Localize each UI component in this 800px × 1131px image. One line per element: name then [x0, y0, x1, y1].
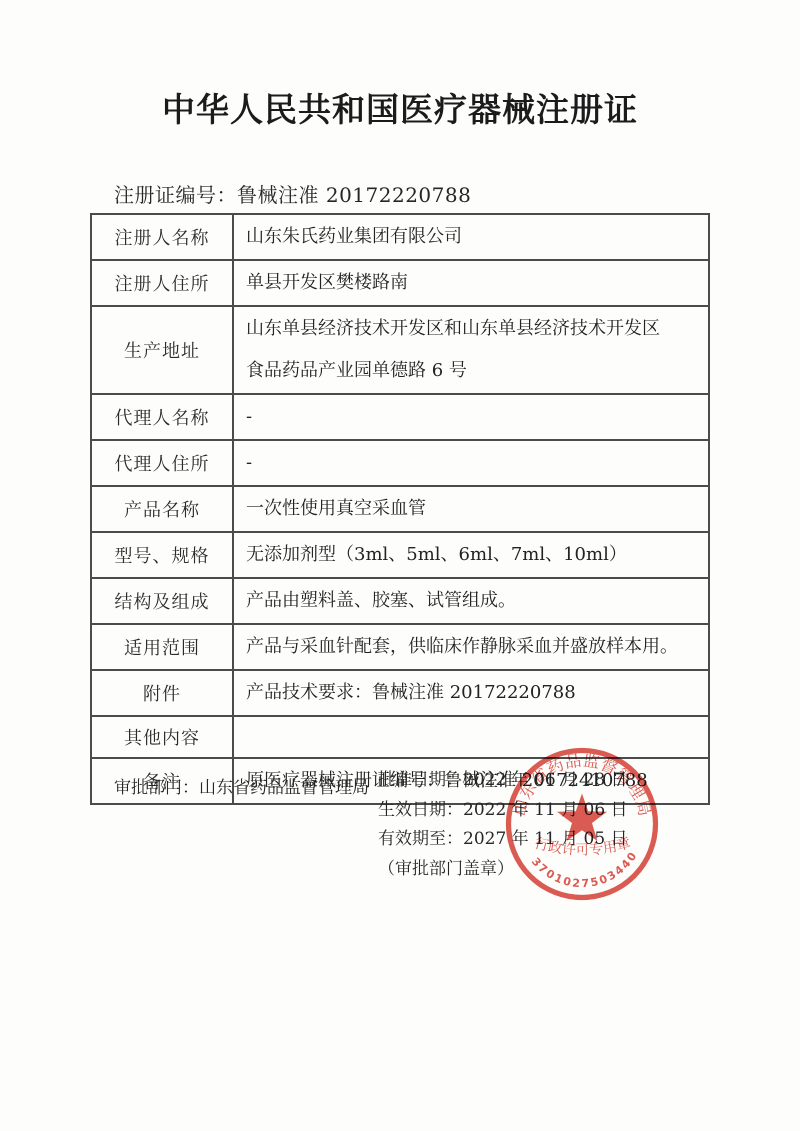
approval-department: 审批部门：山东省药品监督管理局: [114, 773, 369, 798]
row-value: 山东单县经济技术开发区和山东单县经济技术开发区 食品药品产业园单德路 6 号: [233, 306, 709, 394]
table-row: 适用范围 产品与采血针配套，供临床作静脉采血并盛放样本用。: [91, 624, 709, 670]
row-label: 适用范围: [91, 624, 233, 670]
page-title: 中华人民共和国医疗器械注册证: [0, 84, 800, 131]
seal-inner-text: 行政许可专用章: [533, 834, 633, 858]
row-label: 型号、规格: [91, 532, 233, 578]
row-label: 产品名称: [91, 486, 233, 532]
row-value: 一次性使用真空采血管: [233, 486, 709, 532]
certificate-table: 注册人名称 山东朱氏药业集团有限公司 注册人住所 单县开发区樊楼路南 生产地址 …: [90, 213, 710, 805]
row-value: -: [233, 440, 709, 486]
registration-number-line: 注册证编号：鲁械注准 20172220788: [114, 179, 471, 208]
row-value: 单县开发区樊楼路南: [233, 260, 709, 306]
row-label: 结构及组成: [91, 578, 233, 624]
row-label: 代理人住所: [91, 440, 233, 486]
row-label: 附件: [91, 670, 233, 716]
row-value: 山东朱氏药业集团有限公司: [233, 214, 709, 260]
row-value: 产品由塑料盖、胶塞、试管组成。: [233, 578, 709, 624]
row-label: 注册人名称: [91, 214, 233, 260]
row-value: -: [233, 394, 709, 440]
star-icon: [557, 794, 607, 841]
row-value: 产品与采血针配套，供临床作静脉采血并盛放样本用。: [233, 624, 709, 670]
table-row: 产品名称 一次性使用真空采血管: [91, 486, 709, 532]
row-value: 产品技术要求：鲁械注准 20172220788: [233, 670, 709, 716]
row-label: 代理人名称: [91, 394, 233, 440]
row-label: 生产地址: [91, 306, 233, 394]
table-row: 型号、规格 无添加剂型（3ml、5ml、6ml、7ml、10ml）: [91, 532, 709, 578]
table-row: 注册人名称 山东朱氏药业集团有限公司: [91, 214, 709, 260]
table-row: 结构及组成 产品由塑料盖、胶塞、试管组成。: [91, 578, 709, 624]
table-row: 代理人住所 -: [91, 440, 709, 486]
row-label: 注册人住所: [91, 260, 233, 306]
table-row: 代理人名称 -: [91, 394, 709, 440]
table-row: 生产地址 山东单县经济技术开发区和山东单县经济技术开发区 食品药品产业园单德路 …: [91, 306, 709, 394]
table-row: 附件 产品技术要求：鲁械注准 20172220788: [91, 670, 709, 716]
row-value: 无添加剂型（3ml、5ml、6ml、7ml、10ml）: [233, 532, 709, 578]
table-row: 注册人住所 单县开发区樊楼路南: [91, 260, 709, 306]
row-label: 其他内容: [91, 716, 233, 758]
official-seal: 山东省药品监督管理局 行政许可专用章 3701027503440: [498, 740, 666, 908]
